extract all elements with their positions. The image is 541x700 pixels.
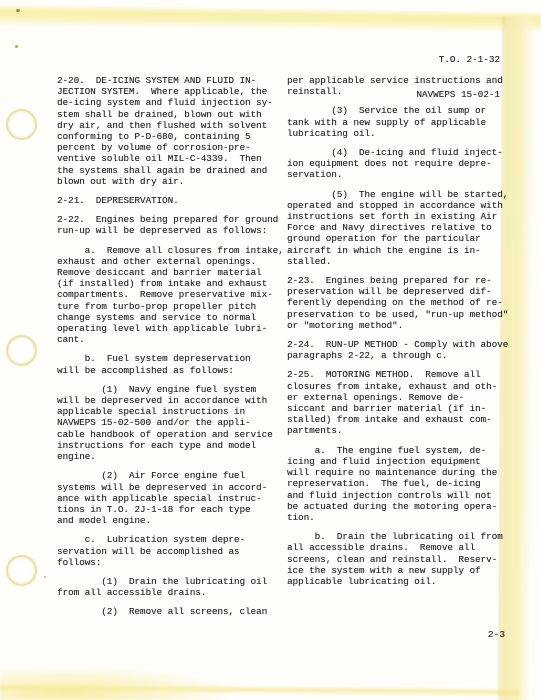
scanned-page: T.O. 2-1-32 NAVWEPS 15-02-1 2-20. DE-ICI… <box>0 0 541 700</box>
para-2-22-b: b. Fuel system depreservation will be ac… <box>57 353 283 375</box>
page-body: 2-20. DE-ICING SYSTEM AND FLUID IN- JECT… <box>57 75 513 626</box>
paper-speck <box>16 9 20 12</box>
paper-speck <box>15 45 18 48</box>
para-continuation: per applicable service instructions and … <box>287 75 513 97</box>
para-2-20-deicing-system: 2-20. DE-ICING SYSTEM AND FLUID IN- JECT… <box>57 75 283 187</box>
to-number: T.O. 2-1-32 <box>416 54 500 66</box>
para-2-22-c-1: (1) Drain the lubricating oil from all a… <box>57 576 283 598</box>
page-number: 2-3 <box>488 629 505 640</box>
page-edge-top <box>0 5 541 33</box>
para-2-22-intro: 2-22. Engines being prepared for ground … <box>57 214 283 236</box>
punch-hole <box>6 555 37 586</box>
para-2-23-represervation: 2-23. Engines being prepared for re- pre… <box>287 275 513 331</box>
para-2-22-a: a. Remove all closures from intake, exha… <box>57 245 283 346</box>
para-2-22-c: c. Lubrication system depre- servation w… <box>57 534 283 568</box>
para-2-22-c-4: (4) De-icing and fluid inject- ion equip… <box>287 147 513 181</box>
para-2-22-b-2: (2) Air Force engine fuel systems will b… <box>57 470 283 526</box>
para-2-24-runup-method: 2-24. RUN-UP METHOD - Comply with above … <box>287 339 513 361</box>
punch-hole <box>6 109 37 140</box>
punch-hole <box>6 335 37 366</box>
left-column: 2-20. DE-ICING SYSTEM AND FLUID IN- JECT… <box>57 75 283 626</box>
para-2-25-b: b. Drain the lubricating oil from all ac… <box>287 531 513 587</box>
para-2-25-motoring-method: 2-25. MOTORING METHOD. Remove all closur… <box>287 369 513 436</box>
right-column: per applicable service instructions and … <box>287 75 513 626</box>
para-2-22-c-5: (5) The engine will be started, operated… <box>287 189 513 267</box>
para-2-22-c-3: (3) Service the oil sump or tank with a … <box>287 105 513 139</box>
para-2-22-c-2: (2) Remove all screens, clean <box>57 606 283 617</box>
page-corner-stain <box>0 668 230 700</box>
para-2-25-a: a. The engine fuel system, de- icing and… <box>287 445 513 523</box>
para-2-22-b-1: (1) Navy engine fuel system will be depr… <box>57 384 283 462</box>
paper-speck <box>44 576 46 578</box>
para-2-21-depreservation-heading: 2-21. DEPRESERVATION. <box>57 195 283 206</box>
